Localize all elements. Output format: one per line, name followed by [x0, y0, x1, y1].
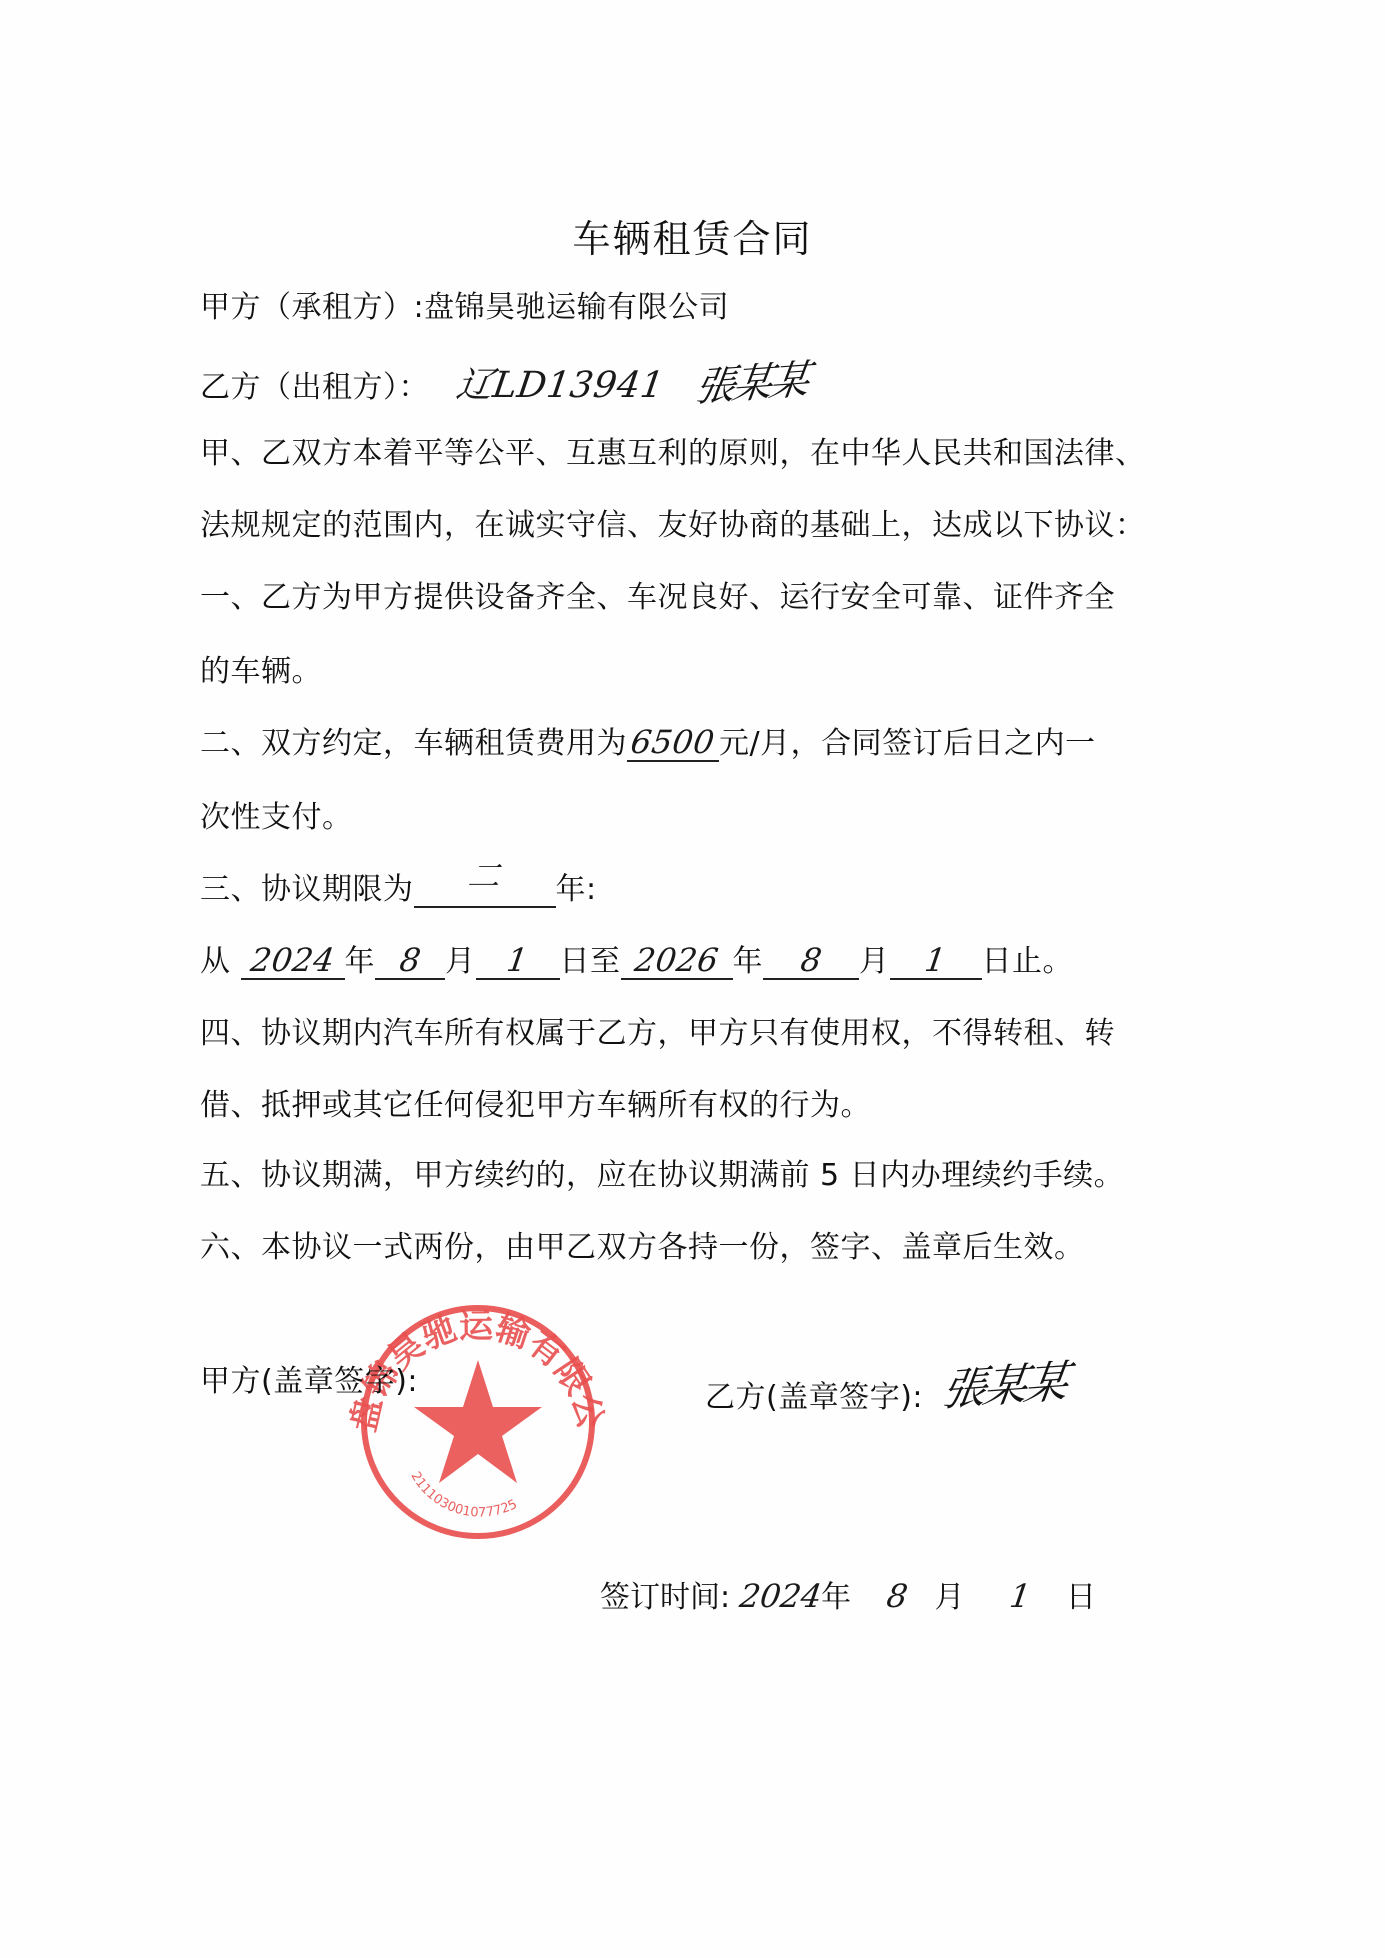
party-b-label: 乙方（出租方）： [200, 370, 429, 405]
day-to-label: 日至 [560, 944, 621, 979]
end-month-field: 8 [763, 944, 859, 980]
clause-2-line-2: 次性支付。 [200, 792, 353, 836]
start-month-handwritten: 8 [397, 944, 422, 976]
rent-amount-field: 6500 [627, 726, 719, 762]
party-b-line: 乙方（出租方）： 辽LD13941 張某某 [200, 352, 807, 409]
year-label: 年 [345, 944, 376, 979]
sign-date-label: 签订时间: [600, 1580, 730, 1615]
contract-page: 车辆租赁合同 甲方（承租方）:盘锦昊驰运输有限公司 乙方（出租方）： 辽LD13… [0, 0, 1385, 1958]
sign-year-label: 年 [821, 1580, 851, 1615]
sign-date-line: 签订时间: 2024年 8 月 1 日 [600, 1572, 1096, 1616]
clause-3-line-1: 三、协议期限为二年: [200, 864, 597, 908]
clause-3-line-2: 从 2024年8月1日至2026年8月1日止。 [200, 936, 1073, 980]
party-b-signature-line: 乙方(盖章签字): 張某某 [705, 1356, 1066, 1420]
party-a-label: 甲方（承租方）: [200, 290, 424, 325]
start-year-handwritten: 2024 [249, 944, 337, 976]
party-b-signature-label: 乙方(盖章签字): [705, 1380, 923, 1415]
sign-month-label: 月 [935, 1580, 965, 1615]
party-a-line: 甲方（承租方）:盘锦昊驰运输有限公司 [200, 282, 729, 326]
clause-2-line-1: 二、双方约定，车辆租赁费用为6500元/月，合同签订后日之内一 [200, 718, 1096, 762]
end-day-handwritten: 1 [923, 944, 948, 976]
end-year-field: 2026 [621, 944, 733, 980]
term-field: 二 [414, 872, 556, 908]
party-a-name: 盘锦昊驰运输有限公司 [424, 290, 729, 325]
end-year-handwritten: 2026 [633, 944, 721, 976]
start-month-field: 8 [375, 944, 445, 980]
sign-year-handwritten: 2024 [737, 1577, 824, 1615]
clause-4-line-2: 借、抵押或其它任何侵犯甲方车辆所有权的行为。 [200, 1080, 871, 1124]
document-title: 车辆租赁合同 [0, 208, 1385, 263]
preamble-line-2: 法规规定的范围内，在诚实守信、友好协商的基础上，达成以下协议： [200, 500, 1146, 544]
clause-4-line-1: 四、协议期内汽车所有权属于乙方，甲方只有使用权，不得转租、转 [200, 1008, 1115, 1052]
rent-amount-handwritten: 6500 [629, 726, 717, 758]
month-label: 月 [859, 944, 890, 979]
party-b-plate-handwritten: 辽LD13941 [453, 357, 667, 408]
clause-1-line-2: 的车辆。 [200, 646, 322, 690]
star-icon [414, 1360, 542, 1483]
clause-1-line-1: 一、乙方为甲方提供设备齐全、车况良好、运行安全可靠、证件齐全 [200, 572, 1115, 616]
sign-month-handwritten: 8 [884, 1577, 910, 1615]
party-b-signature: 張某某 [939, 1345, 1071, 1418]
from-label: 从 [200, 944, 231, 979]
clause-5: 五、协议期满，甲方续约的，应在协议期满前 5 日内办理续约手续。 [200, 1150, 1124, 1194]
clause-6: 六、本协议一式两份，由甲乙双方各持一份，签字、盖章后生效。 [200, 1222, 1085, 1266]
clause-3-prefix: 三、协议期限为 [200, 872, 414, 907]
clause-3-suffix: 年: [556, 872, 597, 907]
company-seal-stamp: 盘锦昊驰运输有限公司 211103001077725 [330, 1290, 620, 1540]
year-label: 年 [733, 944, 764, 979]
clause-2-suffix: 元/月，合同签订后日之内一 [719, 726, 1096, 761]
preamble-line-1: 甲、乙双方本着平等公平、互惠互利的原则，在中华人民共和国法律、 [200, 428, 1146, 472]
sign-day-label: 日 [1066, 1580, 1096, 1615]
party-a-signature-label: 甲方(盖章签字): [200, 1356, 418, 1400]
month-label: 月 [445, 944, 476, 979]
stamp-number-text: 211103001077725 [407, 1469, 519, 1520]
start-day-handwritten: 1 [505, 944, 530, 976]
start-year-field: 2024 [241, 944, 345, 980]
party-b-signature-handwritten: 張某某 [692, 348, 811, 413]
end-day-field: 1 [890, 944, 982, 980]
clause-2-prefix: 二、双方约定，车辆租赁费用为 [200, 726, 627, 761]
start-day-field: 1 [476, 944, 560, 980]
end-label: 日止。 [982, 944, 1074, 979]
sign-day-handwritten: 1 [1007, 1577, 1033, 1615]
end-month-handwritten: 8 [798, 944, 823, 976]
term-handwritten: 二 [466, 860, 503, 892]
